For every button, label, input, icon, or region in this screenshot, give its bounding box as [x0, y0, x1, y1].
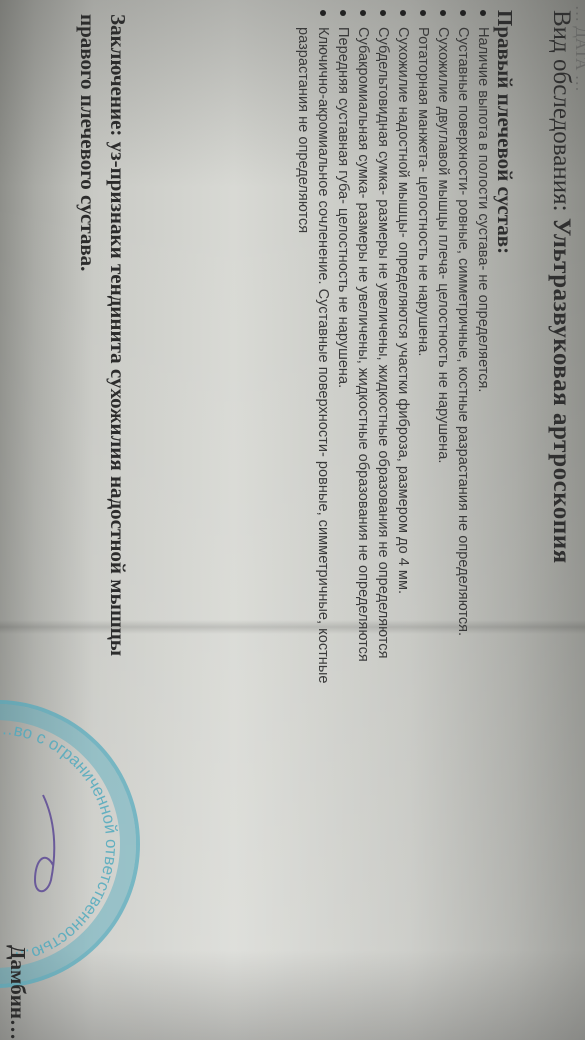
finding-item: Субакромиальная сумка- размеры не увелич… — [353, 0, 373, 683]
finding-item: Сухожилие двуглавой мышцы плеча- целостн… — [433, 0, 453, 683]
finding-item: Передняя суставная губа- целостность не … — [333, 0, 353, 683]
doctor-name-partial: Дамбин… — [5, 945, 30, 1040]
finding-item: Ключично-акромиальное сочленение. Сустав… — [293, 0, 333, 683]
exam-type-value: Ультразвуковая артроскопия — [548, 218, 575, 564]
section-title: Правый плечевой сустав: — [492, 10, 517, 254]
stamp-ring-text: …во с ограниченной ответственностью… — [0, 704, 136, 984]
finding-item: Суставные поверхности- ровные, симметрич… — [453, 0, 473, 683]
signature — [25, 790, 65, 900]
finding-item: Субдельтовидная сумка- размеры не увелич… — [373, 0, 393, 683]
exam-type-line: Вид обследования: Ультразвуковая артроск… — [547, 10, 575, 564]
finding-item: Ротаторная манжета- целостность не наруш… — [413, 0, 433, 683]
exam-type-label: Вид обследования: — [548, 10, 575, 212]
conclusion-label: Заключение: — [106, 14, 130, 136]
finding-continuation: разрастания не определяются — [293, 27, 313, 683]
report-page: … ДАТА … Вид обследования: Ультразвукова… — [0, 0, 585, 1020]
finding-item: Наличие выпота в полости сустава- не опр… — [473, 0, 493, 683]
conclusion: Заключение: уз-признаки тендинита сухожи… — [73, 14, 133, 734]
findings-list: Наличие выпота в полости сустава- не опр… — [293, 0, 493, 683]
finding-item: Сухожилие надостной мышцы- определяются … — [393, 0, 413, 683]
